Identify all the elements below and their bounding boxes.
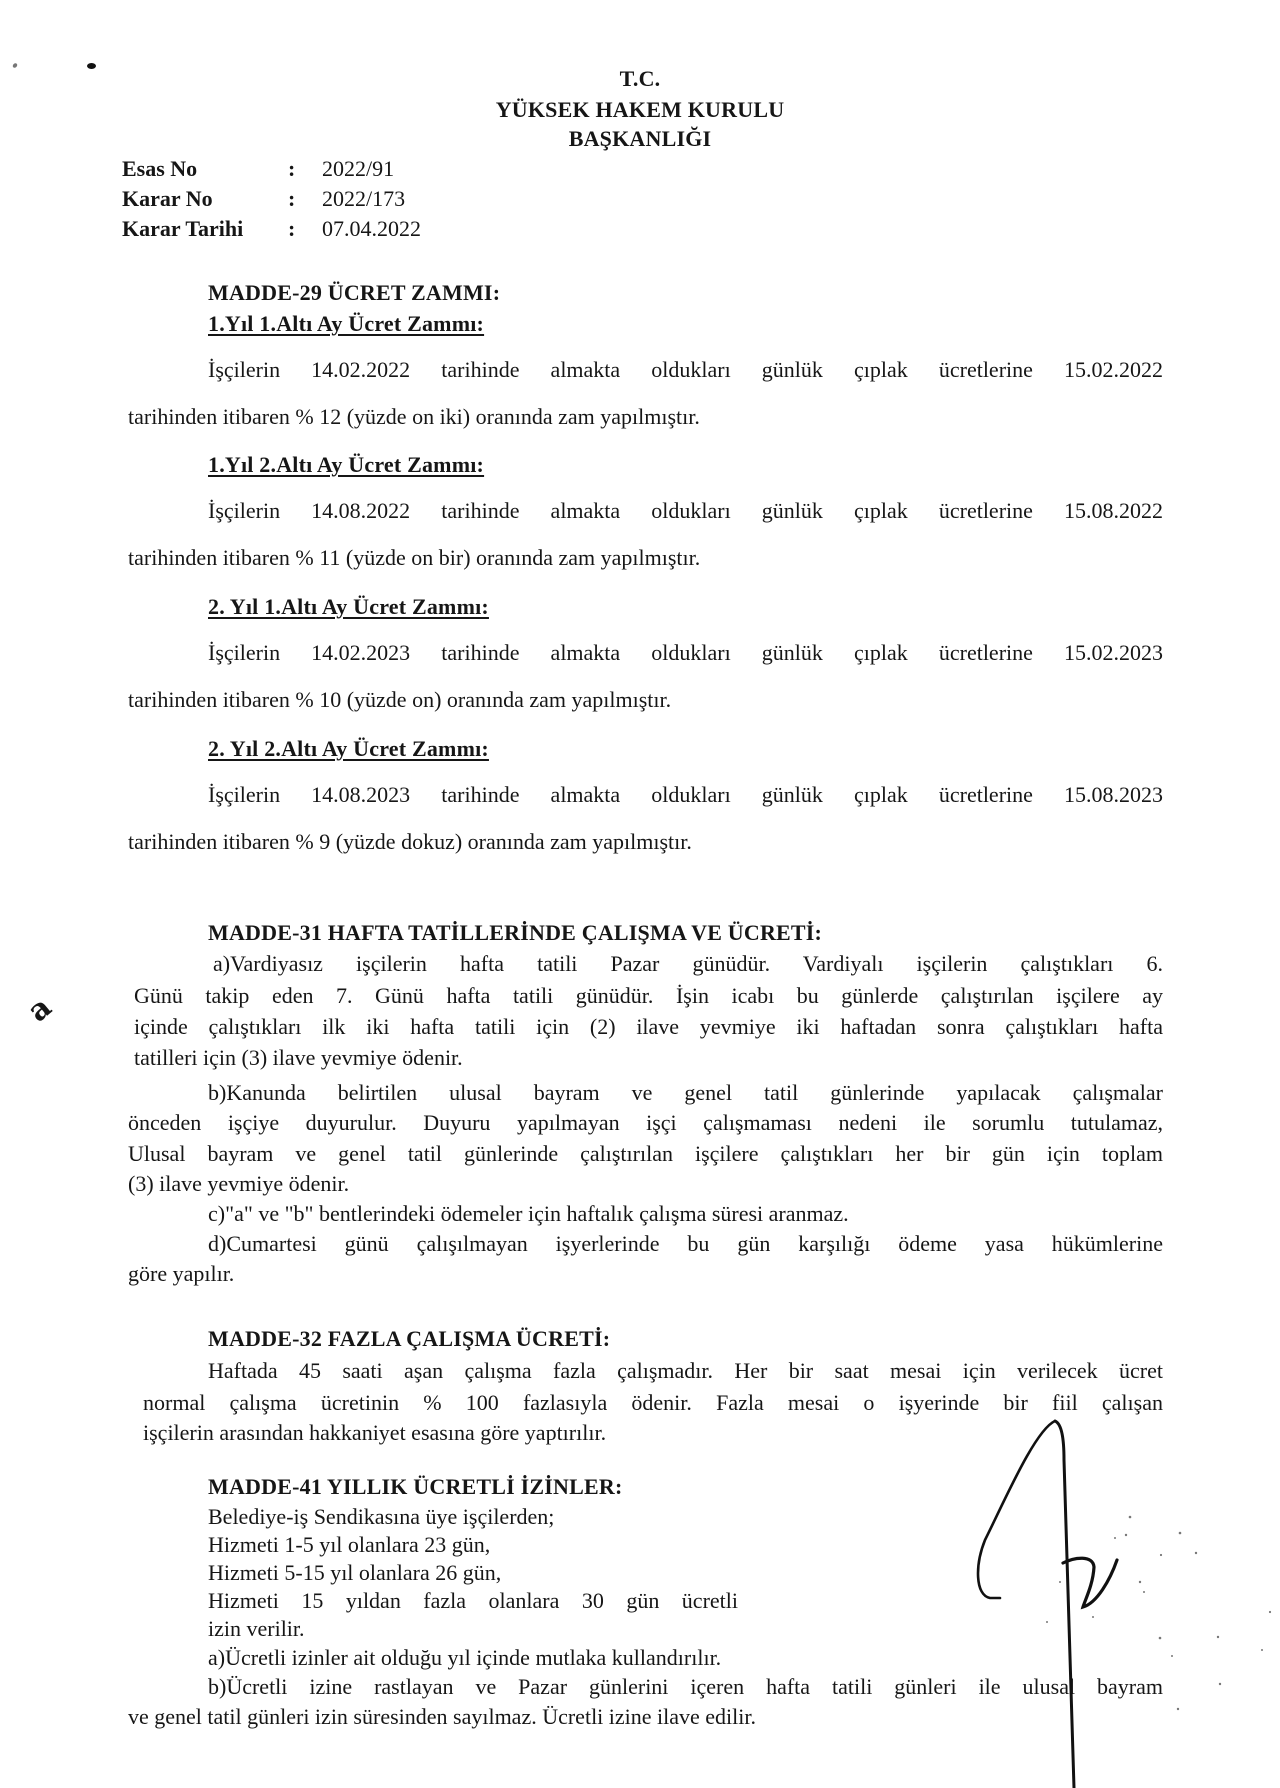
toner-specks xyxy=(1046,1516,1271,1711)
signature xyxy=(0,0,1280,1788)
